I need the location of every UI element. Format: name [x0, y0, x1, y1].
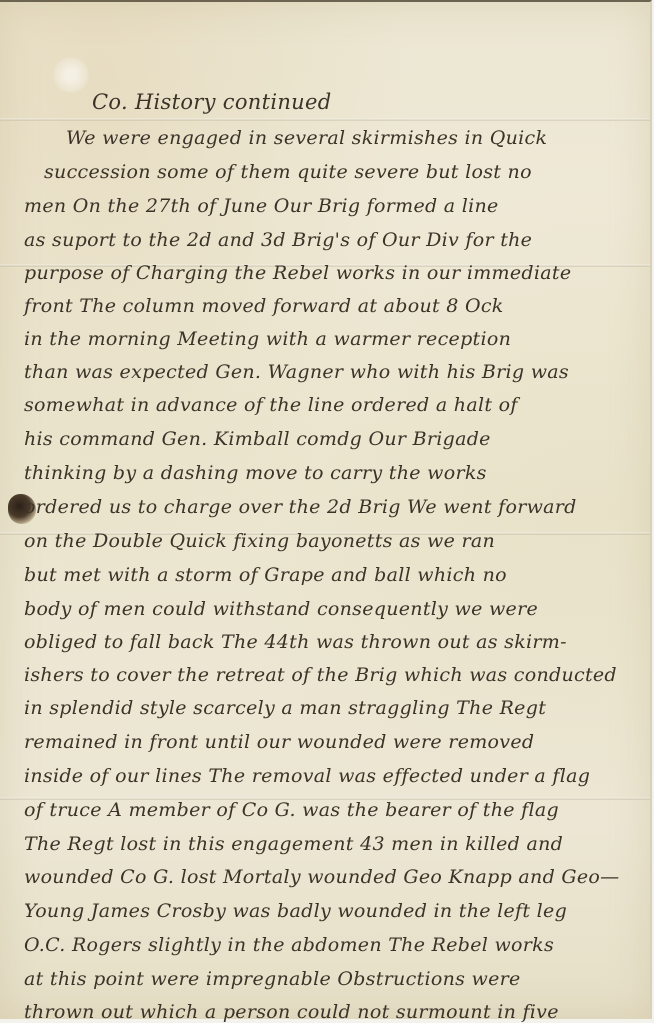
paper-fold: [0, 118, 650, 121]
text-line: ishers to cover the retreat of the Brig …: [24, 664, 617, 686]
text-line: somewhat in advance of the line ordered …: [24, 394, 518, 416]
text-line: as suport to the 2d and 3d Brig's of Our…: [24, 229, 532, 251]
text-line: The Regt lost in this engagement 43 men …: [24, 833, 563, 855]
embossed-stamp-icon: [52, 56, 90, 94]
text-line: inside of our lines The removal was effe…: [24, 765, 590, 787]
text-line: men On the 27th of June Our Brig formed …: [24, 195, 499, 217]
text-line: We were engaged in several skirmishes in…: [66, 127, 547, 149]
text-line: thrown out which a person could not surm…: [24, 1001, 559, 1023]
text-line: but met with a storm of Grape and ball w…: [24, 564, 507, 586]
text-line: in the morning Meeting with a warmer rec…: [24, 328, 511, 350]
text-line: remained in front until our wounded were…: [24, 731, 534, 753]
text-line: on the Double Quick fixing bayonetts as …: [24, 530, 495, 552]
text-line: ordered us to charge over the 2d Brig We…: [24, 496, 577, 518]
text-line: O.C. Rogers slightly in the abdomen The …: [24, 934, 554, 956]
manuscript-page: Co. History continued We were engaged in…: [0, 0, 652, 1019]
text-line: succession some of them quite severe but…: [44, 161, 532, 183]
text-line: thinking by a dashing move to carry the …: [24, 462, 487, 484]
text-line: obliged to fall back The 44th was thrown…: [24, 631, 567, 653]
text-line: of truce A member of Co G. was the beare…: [24, 799, 559, 821]
text-line: in splendid style scarcely a man straggl…: [24, 697, 546, 719]
text-line: than was expected Gen. Wagner who with h…: [24, 361, 569, 383]
text-line: his command Gen. Kimball comdg Our Briga…: [24, 428, 491, 450]
text-line: body of men could withstand consequently…: [24, 598, 538, 620]
text-line: Young James Crosby was badly wounded in …: [24, 900, 567, 922]
text-line: at this point were impregnable Obstructi…: [24, 968, 521, 990]
text-line: purpose of Charging the Rebel works in o…: [24, 262, 571, 284]
text-line: front The column moved forward at about …: [24, 295, 504, 317]
page-title: Co. History continued: [92, 90, 331, 114]
text-line: wounded Co G. lost Mortaly wounded Geo K…: [24, 866, 619, 888]
